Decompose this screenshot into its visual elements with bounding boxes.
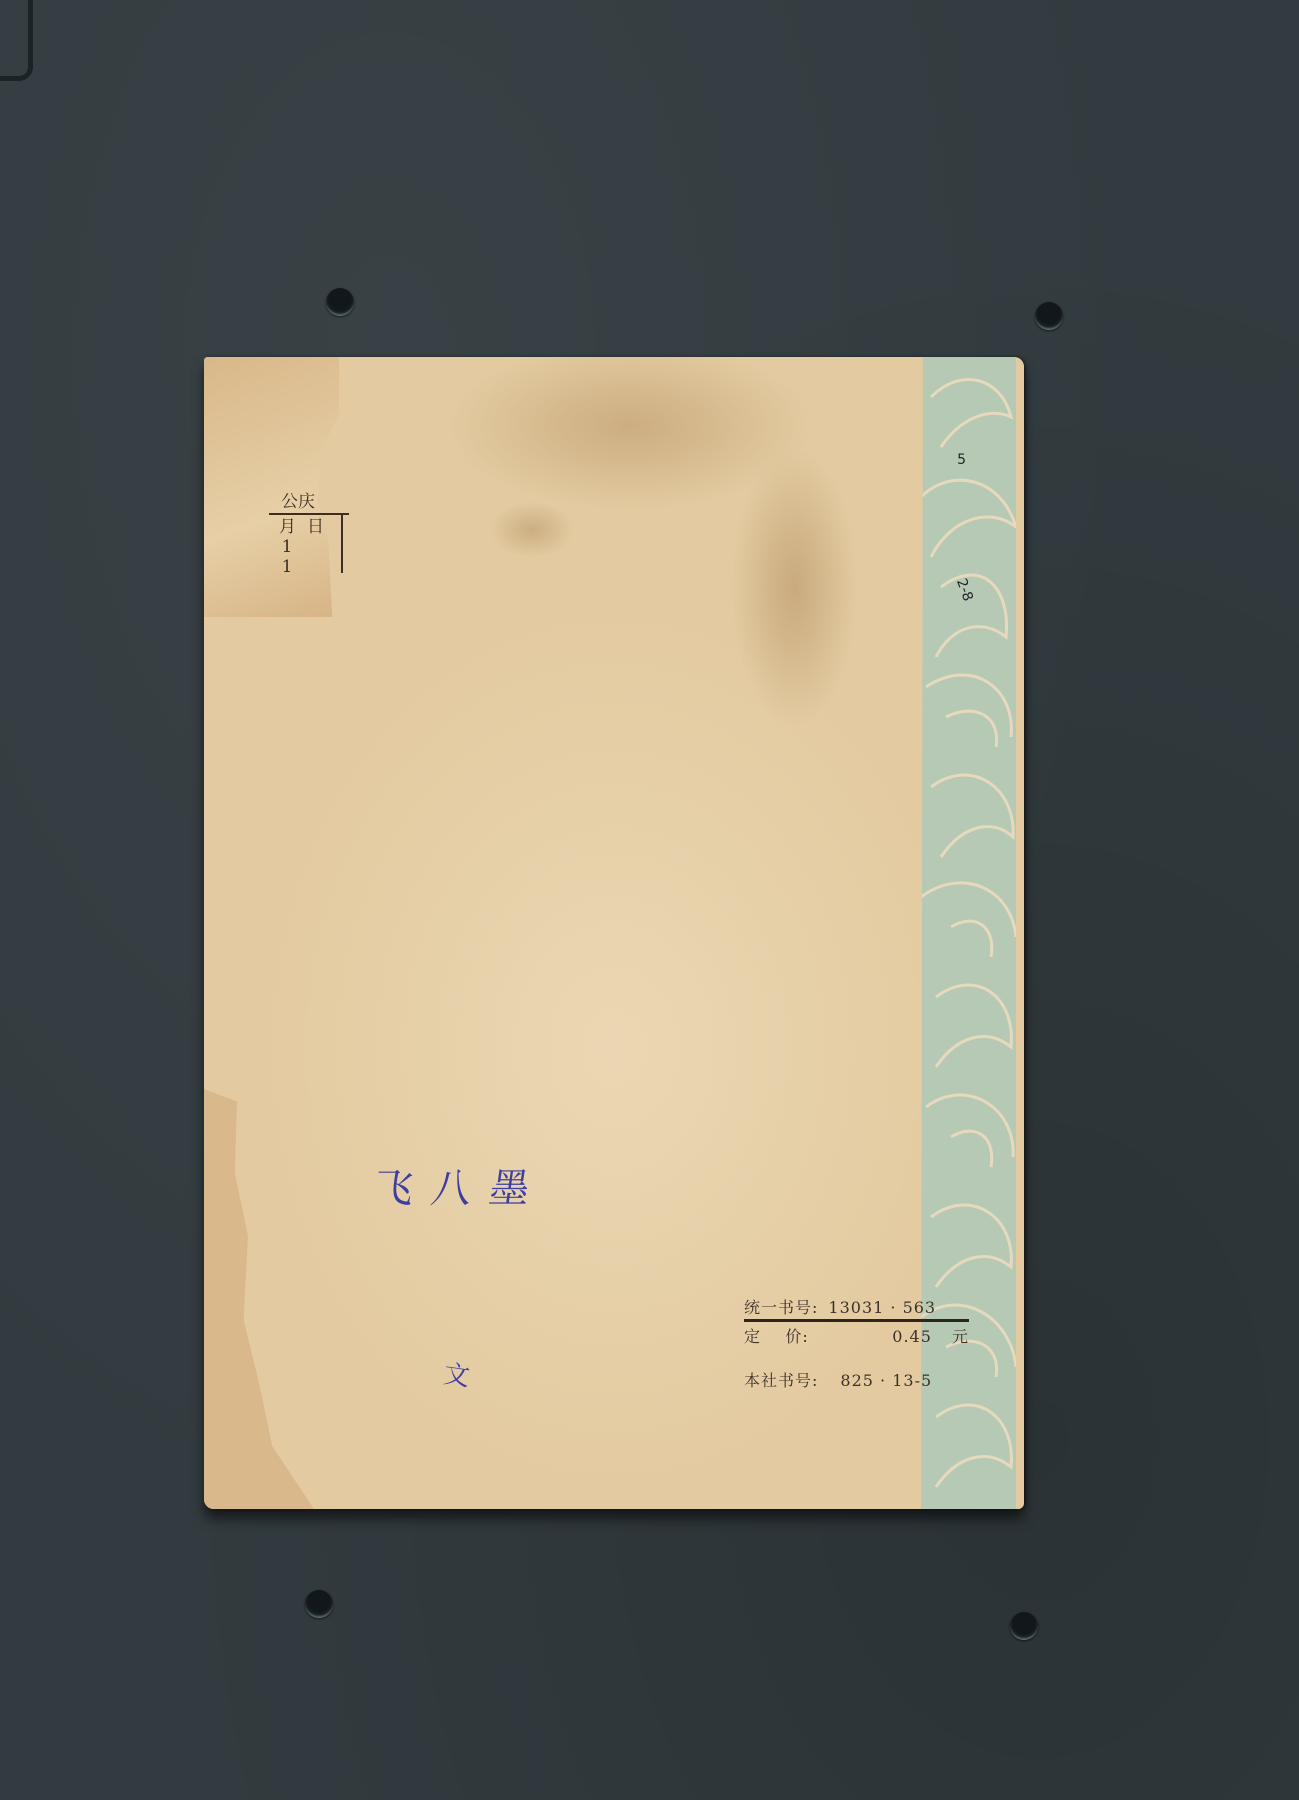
stamp-rule-horizontal	[269, 513, 349, 515]
handwritten-note: 文	[442, 1353, 473, 1393]
scanner-hole-bottom-left	[305, 1590, 333, 1618]
price-row: 定 价: 0.45 元	[744, 1319, 969, 1348]
library-stamp: 公庆 月 1 1 日	[259, 487, 354, 567]
colophon-block: 统一书号: 13031 · 563 定 价: 0.45 元 本社书号: 825 …	[744, 1295, 969, 1392]
scanner-hole-top-left	[326, 288, 354, 316]
handwritten-signature: 飞八墨	[370, 1157, 552, 1214]
book-back-cover: 公庆 月 1 1 日 5 2-8	[204, 357, 1024, 1509]
price-value: 0.45	[892, 1327, 932, 1346]
scanner-lid-edge	[0, 0, 33, 81]
stamp-text-top: 公庆	[281, 487, 315, 512]
publisher-book-number-row: 本社书号: 825 · 13-5	[744, 1368, 969, 1392]
stamp-column-month: 月 1 1	[279, 517, 295, 577]
unified-book-number-row: 统一书号: 13031 · 563	[744, 1295, 969, 1319]
stamp-column-day: 日	[307, 517, 324, 537]
price-unit: 元	[952, 1327, 969, 1346]
stamp-rule-vertical	[341, 513, 343, 573]
scanner-hole-top-right	[1035, 302, 1063, 330]
scanner-hole-bottom-right	[1010, 1612, 1038, 1640]
pencil-mark: 5	[957, 452, 966, 468]
